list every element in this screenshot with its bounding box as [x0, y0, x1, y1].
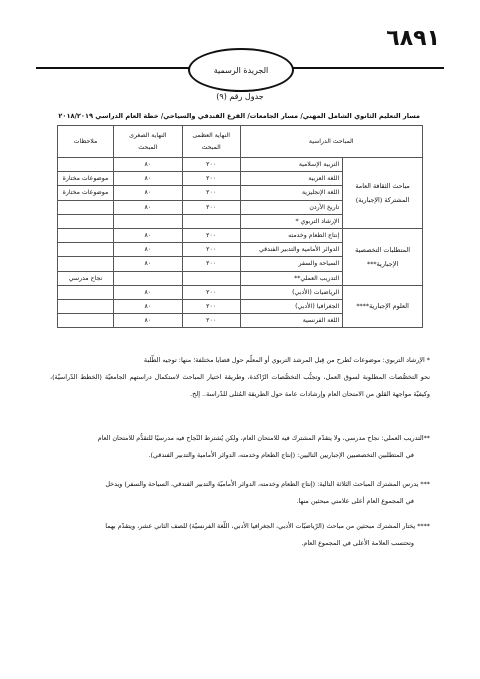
study-plan-table: المباحث الدراسية النهاية العظمىالمبحث ال… — [57, 125, 423, 328]
min-mark-cell: ٨٠ — [113, 200, 182, 214]
max-mark-cell: ٢٠٠ — [182, 228, 240, 242]
header-max-mark: النهاية العظمىالمبحث — [182, 126, 240, 158]
group-compulsory-sciences: العلوم الإجبارية**** — [343, 285, 423, 328]
max-mark-cell: ٢٠٠ — [182, 200, 240, 214]
note-cell — [58, 158, 114, 172]
note-cell: نجاح مدرسي — [58, 271, 114, 285]
note-cell: موضوعات مختارة — [58, 186, 114, 200]
header-subjects: المباحث الدراسية — [240, 126, 422, 158]
min-mark-cell: ٨٠ — [113, 299, 182, 313]
page-number: ٦٨٩١ — [360, 26, 440, 51]
max-mark-cell: ٢٠٠ — [182, 257, 240, 271]
subject-cell: اللغة العربية — [240, 172, 343, 186]
min-mark-cell: ٨٠ — [113, 314, 182, 328]
table-subtitle: مسار التعليم الثانوي الشامل المهني/ مسار… — [60, 112, 420, 120]
subject-cell: التربية الإسلامية — [240, 158, 343, 172]
subject-cell: الرياضيات (الأدبي) — [240, 285, 343, 299]
max-mark-cell: ٢٠٠ — [182, 299, 240, 313]
subject-cell: تاريخ الأردن — [240, 200, 343, 214]
note-cell — [58, 299, 114, 313]
subject-cell: الجغرافيا (الأدبي) — [240, 299, 343, 313]
table-row: المتطلبات التخصصية الإجبارية*** إنتاج ال… — [58, 228, 423, 242]
group-specialized-requirements: المتطلبات التخصصية الإجبارية*** — [343, 228, 423, 285]
max-mark-cell: ٢٠٠ — [182, 314, 240, 328]
group-general-culture: مباحث الثقافة العامة المشتركة (الإجبارية… — [343, 158, 423, 229]
min-mark-cell: ٨٠ — [113, 257, 182, 271]
min-mark-cell — [113, 214, 182, 228]
max-mark-cell — [182, 271, 240, 285]
header-min-mark: النهاية الصغرىالمبحث — [113, 126, 182, 158]
footnote-practical-training: **التدريب العملي: نجاح مدرسي، ولا يتقدّم… — [50, 430, 430, 464]
table-header-row: المباحث الدراسية النهاية العظمىالمبحث ال… — [58, 126, 423, 158]
max-mark-cell: ٢٠٠ — [182, 285, 240, 299]
max-mark-cell: ٢٠٠ — [182, 158, 240, 172]
subject-cell: الدوائر الأمامية والتدبير الفندقي — [240, 243, 343, 257]
table-row: العلوم الإجبارية**** الرياضيات (الأدبي) … — [58, 285, 423, 299]
table-row: مباحث الثقافة العامة المشتركة (الإجبارية… — [58, 158, 423, 172]
gazette-title: الجريدة الرسمية — [214, 66, 269, 75]
subject-cell: السياحة والسفر — [240, 257, 343, 271]
min-mark-cell: ٨٠ — [113, 186, 182, 200]
max-mark-cell — [182, 214, 240, 228]
footnote-compulsory-sciences: **** يختار المشترك مبحثين من مباحث (الرّ… — [50, 518, 430, 552]
subject-cell: إنتاج الطعام وخدمته — [240, 228, 343, 242]
note-cell — [58, 243, 114, 257]
note-cell — [58, 314, 114, 328]
min-mark-cell: ٨٠ — [113, 228, 182, 242]
note-cell — [58, 200, 114, 214]
subject-cell: اللغة الإنجليزية — [240, 186, 343, 200]
gazette-title-oval: الجريدة الرسمية — [188, 48, 294, 92]
subject-cell: الإرشاد التربوي * — [240, 214, 343, 228]
footnote-guidance: * الإرشاد التربوي: موضوعات تُطرح من قِبل… — [50, 352, 430, 403]
min-mark-cell: ٨٠ — [113, 243, 182, 257]
table-title: جدول رقم (٩) — [0, 92, 480, 101]
max-mark-cell: ٢٠٠ — [182, 186, 240, 200]
note-cell — [58, 257, 114, 271]
note-cell — [58, 228, 114, 242]
min-mark-cell: ٨٠ — [113, 172, 182, 186]
subject-cell: اللغة الفرنسية — [240, 314, 343, 328]
subject-cell: التدريب العملي** — [240, 271, 343, 285]
footnote-specialized-subjects: *** يدرس المشترك المباحث الثلاثة التالية… — [50, 476, 430, 510]
max-mark-cell: ٢٠٠ — [182, 243, 240, 257]
header-notes: ملاحظات — [58, 126, 114, 158]
max-mark-cell: ٢٠٠ — [182, 172, 240, 186]
note-cell: موضوعات مختارة — [58, 172, 114, 186]
min-mark-cell — [113, 271, 182, 285]
note-cell — [58, 285, 114, 299]
note-cell — [58, 214, 114, 228]
min-mark-cell: ٨٠ — [113, 285, 182, 299]
min-mark-cell: ٨٠ — [113, 158, 182, 172]
